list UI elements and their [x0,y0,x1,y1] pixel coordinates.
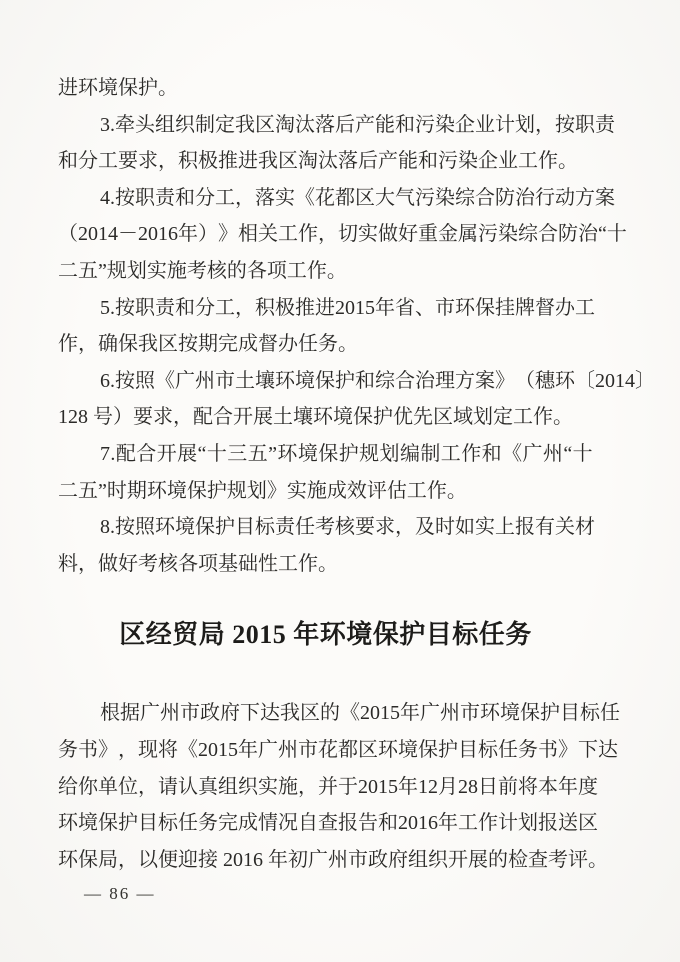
text-line: 料，做好考核各项基础性工作。 [58,546,593,583]
closing-paragraph: 根据广州市政府下达我区的《2015年广州市环境保护目标任务书》，现将《2015年… [58,695,593,878]
text-line: 给你单位，请认真组织实施，并于2015年12月28日前将本年度 [58,769,593,806]
page-number: — 86 — [84,884,156,904]
section-heading: 区经贸局 2015 年环境保护目标任务 [58,614,593,656]
text-line: 5.按职责和分工，积极推进2015年省、市环保挂牌督办工 [58,290,593,327]
body-paragraphs: 进环境保护。3.牵头组织制定我区淘汰落后产能和污染企业计划，按职责和分工要求，积… [58,70,593,582]
text-line: 6.按照《广州市土壤环境保护和综合治理方案》（穗环〔2014〕 [58,363,593,400]
scanned-page: 进环境保护。3.牵头组织制定我区淘汰落后产能和污染企业计划，按职责和分工要求，积… [0,0,680,962]
text-line: 根据广州市政府下达我区的《2015年广州市环境保护目标任 [58,695,593,732]
document-body: 进环境保护。3.牵头组织制定我区淘汰落后产能和污染企业计划，按职责和分工要求，积… [58,70,593,878]
text-line: 二五”时期环境保护规划》实施成效评估工作。 [58,473,593,510]
text-line: 二五”规划实施考核的各项工作。 [58,253,593,290]
text-line: 环境保护目标任务完成情况自查报告和2016年工作计划报送区 [58,805,593,842]
text-line: 作，确保我区按期完成督办任务。 [58,326,593,363]
text-line: 进环境保护。 [58,70,593,107]
text-line: 和分工要求，积极推进我区淘汰落后产能和污染企业工作。 [58,143,593,180]
text-line: 4.按职责和分工，落实《花都区大气污染综合防治行动方案 [58,180,593,217]
text-line: 环保局，以便迎接 2016 年初广州市政府组织开展的检查考评。 [58,842,593,879]
text-line: 7.配合开展“十三五”环境保护规划编制工作和《广州“十 [58,436,593,473]
text-line: （2014－2016年）》相关工作，切实做好重金属污染综合防治“十 [58,216,593,253]
text-line: 务书》，现将《2015年广州市花都区环境保护目标任务书》下达 [58,732,593,769]
text-line: 8.按照环境保护目标责任考核要求，及时如实上报有关材 [58,509,593,546]
text-line: 128 号）要求，配合开展土壤环境保护优先区域划定工作。 [58,399,593,436]
text-line: 3.牵头组织制定我区淘汰落后产能和污染企业计划，按职责 [58,107,593,144]
